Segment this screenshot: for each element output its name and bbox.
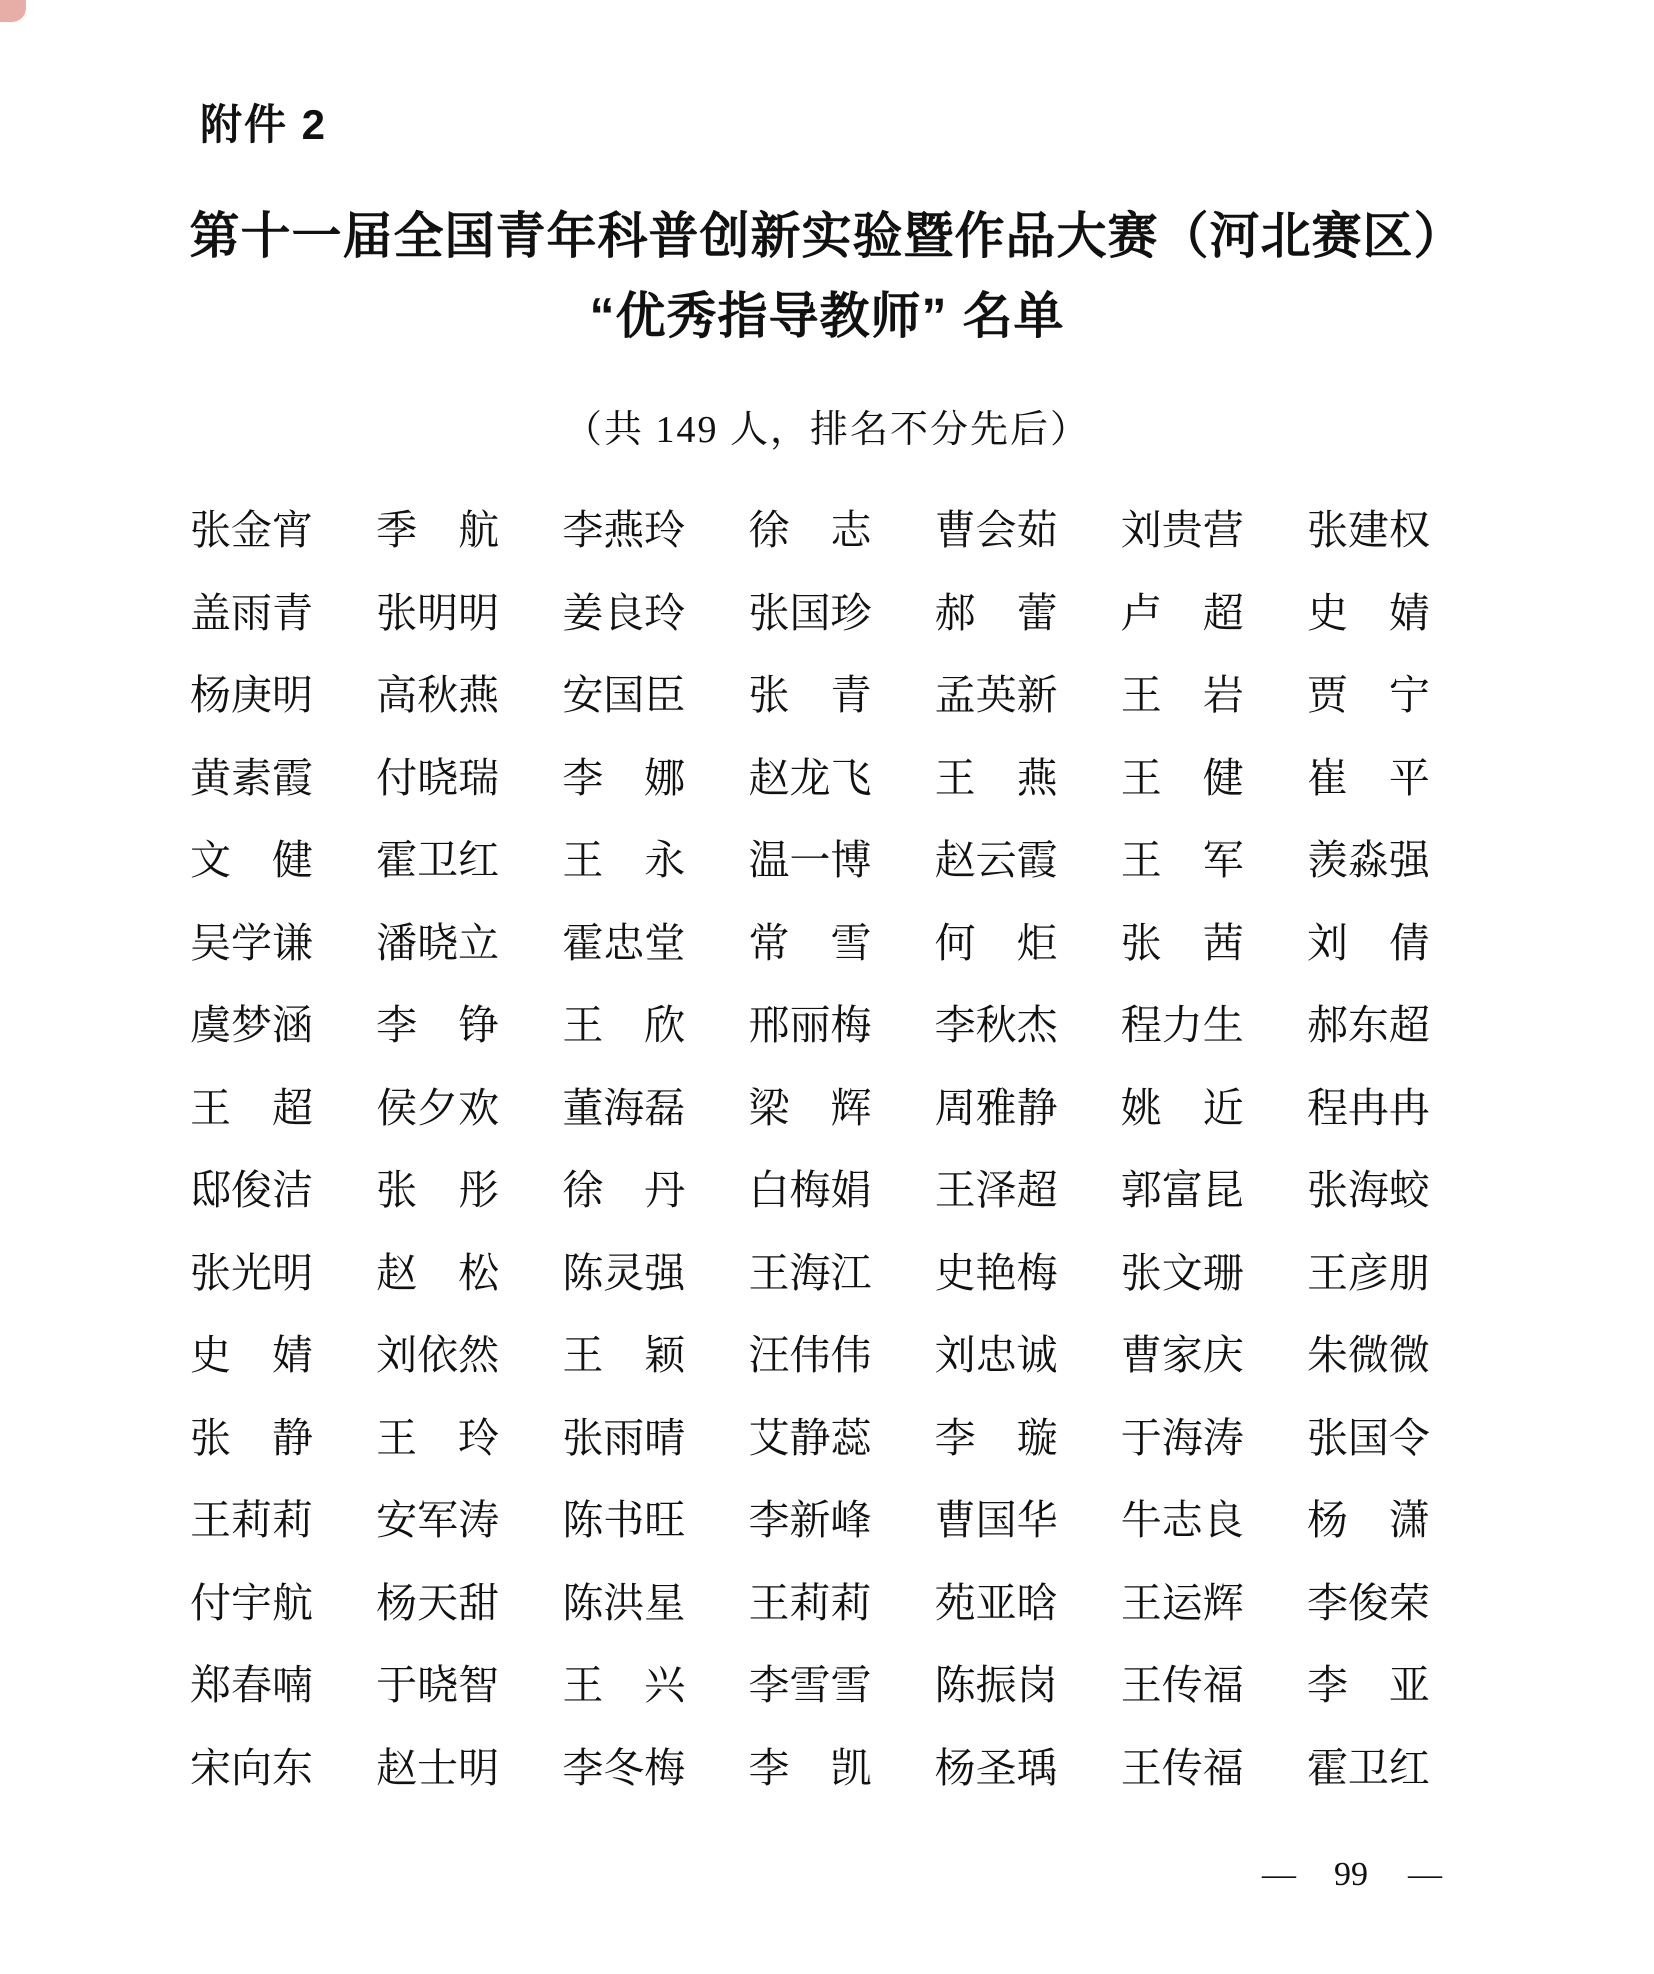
name-cell: 羡淼强 [1307, 838, 1430, 921]
name-cell: 姜良玲 [562, 591, 685, 674]
name-cell: 张国令 [1307, 1416, 1430, 1499]
name-cell: 刘 倩 [1307, 921, 1430, 1004]
name-cell: 曹家庆 [1121, 1333, 1244, 1416]
name-cell: 付宇航 [190, 1581, 313, 1664]
name-cell: 邸俊洁 [190, 1168, 313, 1251]
name-cell: 王 燕 [935, 756, 1058, 839]
name-cell: 侯夕欢 [376, 1086, 499, 1169]
name-cell: 霍忠堂 [562, 921, 685, 1004]
document-title: 第十一届全国青年科普创新实验暨作品大赛（河北赛区） “优秀指导教师” 名单 [0, 196, 1654, 356]
name-cell: 杨圣瑀 [935, 1746, 1058, 1829]
name-cell: 王 岩 [1121, 673, 1244, 756]
name-cell: 史艳梅 [935, 1251, 1058, 1334]
name-cell: 常 雪 [748, 921, 871, 1004]
name-cell: 王 玲 [376, 1416, 499, 1499]
name-cell: 王 永 [562, 838, 685, 921]
name-cell: 程冉冉 [1307, 1086, 1430, 1169]
name-cell: 史 婧 [1307, 591, 1430, 674]
name-cell: 王 兴 [562, 1663, 685, 1746]
document-page: 附件 2 第十一届全国青年科普创新实验暨作品大赛（河北赛区） “优秀指导教师” … [0, 0, 1654, 1974]
name-cell: 朱微微 [1307, 1333, 1430, 1416]
name-cell: 赵云霞 [935, 838, 1058, 921]
name-cell: 王莉莉 [748, 1581, 871, 1664]
name-cell: 张建权 [1307, 508, 1430, 591]
name-cell: 霍卫红 [1307, 1746, 1430, 1829]
name-cell: 苑亚晗 [935, 1581, 1058, 1664]
name-cell: 程力生 [1121, 1003, 1244, 1086]
name-cell: 张 静 [190, 1416, 313, 1499]
name-cell: 汪伟伟 [748, 1333, 871, 1416]
name-cell: 陈洪星 [562, 1581, 685, 1664]
name-cell: 陈振岗 [935, 1663, 1058, 1746]
name-cell: 董海磊 [562, 1086, 685, 1169]
name-cell: 黄素霞 [190, 756, 313, 839]
name-cell: 曹国华 [935, 1498, 1058, 1581]
name-cell: 文 健 [190, 838, 313, 921]
name-cell: 王 超 [190, 1086, 313, 1169]
name-cell: 张文珊 [1121, 1251, 1244, 1334]
name-cell: 曹会茹 [935, 508, 1058, 591]
name-cell: 宋向东 [190, 1746, 313, 1829]
name-cell: 李 璇 [935, 1416, 1058, 1499]
name-cell: 杨 潇 [1307, 1498, 1430, 1581]
name-cell: 郑春喃 [190, 1663, 313, 1746]
name-cell: 王彦朋 [1307, 1251, 1430, 1334]
name-cell: 郝 蕾 [935, 591, 1058, 674]
name-cell: 刘忠诚 [935, 1333, 1058, 1416]
name-cell: 杨天甜 [376, 1581, 499, 1664]
name-cell: 张 茜 [1121, 921, 1244, 1004]
name-cell: 张雨晴 [562, 1416, 685, 1499]
name-cell: 张光明 [190, 1251, 313, 1334]
name-cell: 张海蛟 [1307, 1168, 1430, 1251]
teacher-name-grid: 张金宵季 航李燕玲徐 志曹会茹刘贵营张建权盖雨青张明明姜良玲张国珍郝 蕾卢 超史… [190, 508, 1430, 1828]
name-cell: 赵士明 [376, 1746, 499, 1829]
name-cell: 何 炬 [935, 921, 1058, 1004]
name-cell: 潘晓立 [376, 921, 499, 1004]
name-cell: 王海江 [748, 1251, 871, 1334]
name-cell: 季 航 [376, 508, 499, 591]
name-cell: 牛志良 [1121, 1498, 1244, 1581]
name-cell: 白梅娟 [748, 1168, 871, 1251]
name-cell: 郝东超 [1307, 1003, 1430, 1086]
name-cell: 王传福 [1121, 1663, 1244, 1746]
name-cell: 姚 近 [1121, 1086, 1244, 1169]
name-cell: 温一博 [748, 838, 871, 921]
name-cell: 王 健 [1121, 756, 1244, 839]
name-cell: 张金宵 [190, 508, 313, 591]
name-cell: 王 颖 [562, 1333, 685, 1416]
name-cell: 梁 辉 [748, 1086, 871, 1169]
name-cell: 孟英新 [935, 673, 1058, 756]
subtitle-count-note: （共 149 人，排名不分先后） [0, 398, 1654, 453]
name-cell: 李俊荣 [1307, 1581, 1430, 1664]
name-cell: 卢 超 [1121, 591, 1244, 674]
name-cell: 徐 丹 [562, 1168, 685, 1251]
name-cell: 李 亚 [1307, 1663, 1430, 1746]
page-footer: — 99 — [1262, 1856, 1440, 1894]
name-cell: 虞梦涵 [190, 1003, 313, 1086]
footer-left-dash: — [1262, 1856, 1294, 1894]
name-cell: 陈灵强 [562, 1251, 685, 1334]
name-cell: 付晓瑞 [376, 756, 499, 839]
document-title-line1: 第十一届全国青年科普创新实验暨作品大赛（河北赛区） [0, 196, 1654, 276]
name-cell: 李燕玲 [562, 508, 685, 591]
name-cell: 于晓智 [376, 1663, 499, 1746]
name-cell: 霍卫红 [376, 838, 499, 921]
name-cell: 李 凯 [748, 1746, 871, 1829]
name-cell: 王泽超 [935, 1168, 1058, 1251]
scan-artifact [0, 0, 26, 22]
name-cell: 张 彤 [376, 1168, 499, 1251]
name-cell: 陈书旺 [562, 1498, 685, 1581]
name-cell: 李冬梅 [562, 1746, 685, 1829]
name-cell: 高秋燕 [376, 673, 499, 756]
name-cell: 李雪雪 [748, 1663, 871, 1746]
name-cell: 李新峰 [748, 1498, 871, 1581]
name-cell: 史 婧 [190, 1333, 313, 1416]
name-cell: 周雅静 [935, 1086, 1058, 1169]
name-cell: 贾 宁 [1307, 673, 1430, 756]
name-cell: 邢丽梅 [748, 1003, 871, 1086]
name-cell: 杨庚明 [190, 673, 313, 756]
name-cell: 刘依然 [376, 1333, 499, 1416]
document-title-line2: “优秀指导教师” 名单 [0, 276, 1654, 356]
name-cell: 王传福 [1121, 1746, 1244, 1829]
name-cell: 赵 松 [376, 1251, 499, 1334]
name-cell: 李 铮 [376, 1003, 499, 1086]
name-cell: 郭富昆 [1121, 1168, 1244, 1251]
name-cell: 徐 志 [748, 508, 871, 591]
name-cell: 王运辉 [1121, 1581, 1244, 1664]
name-cell: 安军涛 [376, 1498, 499, 1581]
name-cell: 崔 平 [1307, 756, 1430, 839]
footer-right-dash: — [1408, 1856, 1440, 1894]
name-cell: 赵龙飞 [748, 756, 871, 839]
name-cell: 盖雨青 [190, 591, 313, 674]
name-cell: 吴学谦 [190, 921, 313, 1004]
name-cell: 于海涛 [1121, 1416, 1244, 1499]
name-cell: 王 军 [1121, 838, 1244, 921]
name-cell: 王莉莉 [190, 1498, 313, 1581]
name-cell: 李秋杰 [935, 1003, 1058, 1086]
name-cell: 李 娜 [562, 756, 685, 839]
attachment-label: 附件 2 [200, 92, 327, 152]
name-cell: 艾静蕊 [748, 1416, 871, 1499]
name-cell: 张明明 [376, 591, 499, 674]
name-cell: 张 青 [748, 673, 871, 756]
name-cell: 刘贵营 [1121, 508, 1244, 591]
name-cell: 安国臣 [562, 673, 685, 756]
name-cell: 王 欣 [562, 1003, 685, 1086]
name-cell: 张国珍 [748, 591, 871, 674]
page-number: 99 [1334, 1856, 1368, 1894]
